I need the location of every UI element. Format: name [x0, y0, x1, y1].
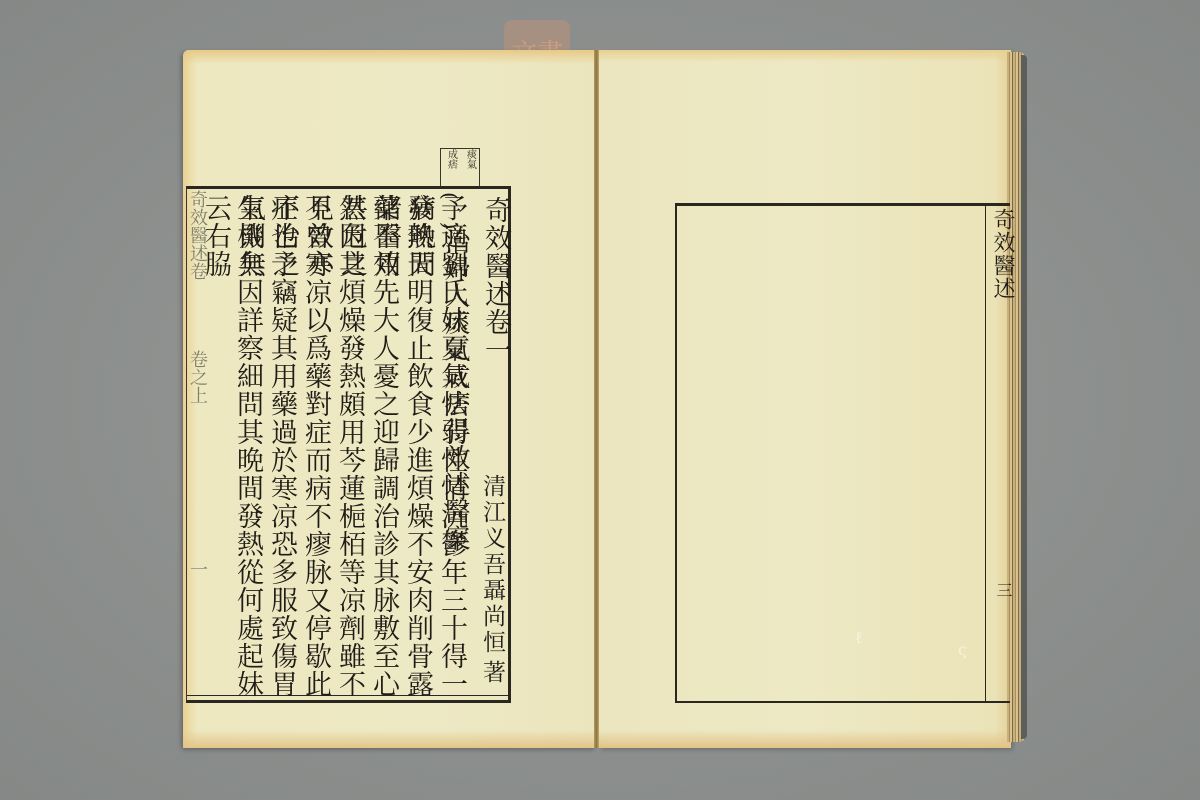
page-number: 三 — [992, 582, 1015, 598]
author-line: 清江义吾聶尚恒 — [476, 474, 509, 656]
text-column-8: 生機矣因詳察細問其晩間發熱從何處起妹云右脇 — [199, 194, 263, 704]
paper-stain: ℓ — [855, 628, 863, 648]
book-title: 奇效醫述卷一 — [476, 196, 515, 364]
book-cover-edge — [1021, 55, 1027, 739]
spine-title: 奇效醫述 — [987, 208, 1018, 300]
corner-tab-label: 痰氣 成痞 — [440, 148, 480, 187]
paper-stain: ς — [958, 640, 967, 659]
corner-tab-line-1: 痰氣 — [464, 149, 476, 187]
author-suffix: 著 — [476, 660, 509, 684]
spine-column-rule — [985, 206, 986, 701]
corner-tab-line-2: 成痞 — [445, 149, 457, 187]
right-page-frame — [675, 203, 1010, 703]
